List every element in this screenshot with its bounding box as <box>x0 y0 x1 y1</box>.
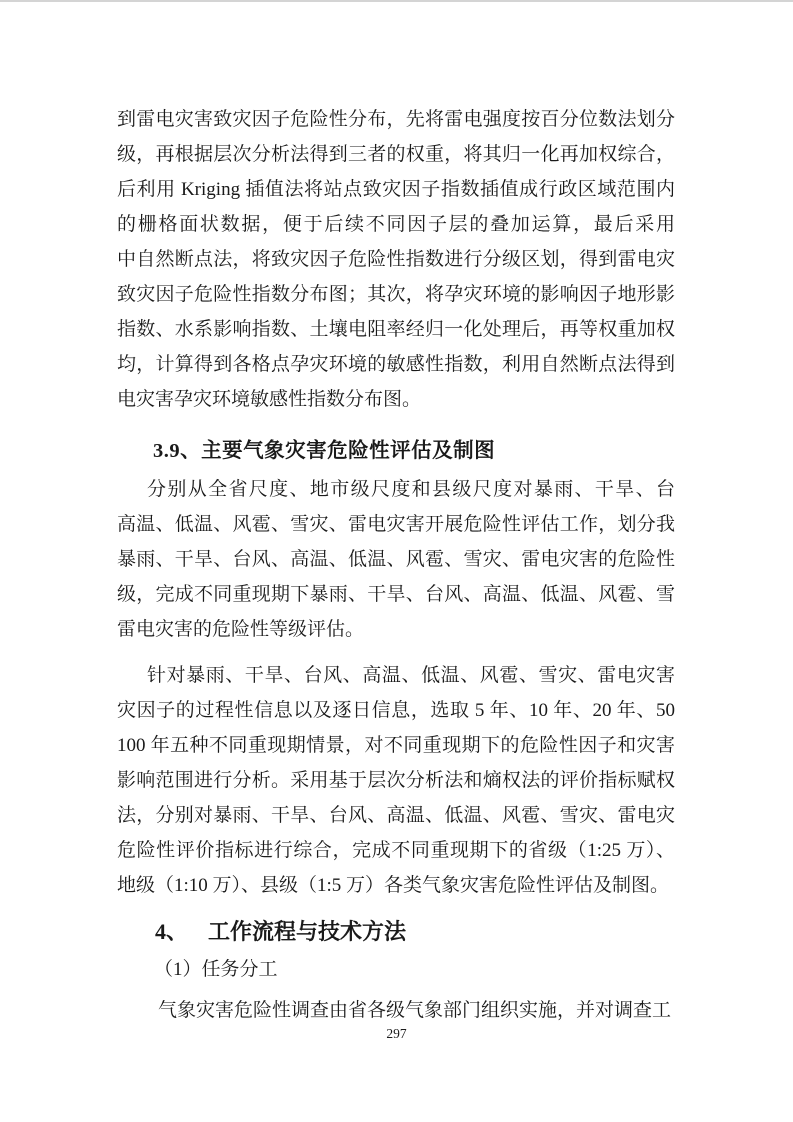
text-line: 中自然断点法，将致灾因子危险性指数进行分级区划，得到雷电灾害 <box>117 242 675 277</box>
section-heading-3-9: 3.9、主要气象灾害危险性评估及制图 <box>117 433 675 469</box>
text-line: 到雷电灾害致灾因子危险性分布，先将雷电强度按百分位数法划分等 <box>117 102 675 137</box>
text-line: 灾因子的过程性信息以及逐日信息，选取 5 年、10 年、20 年、50 年、 <box>117 693 675 728</box>
text-line: 高温、低温、风雹、雪灾、雷电灾害开展危险性评估工作，划分我省 <box>117 507 675 542</box>
chapter-number: 4、 <box>155 919 188 944</box>
paragraph-return-period-analysis: 针对暴雨、干旱、台风、高温、低温、风雹、雪灾、雷电灾害致 灾因子的过程性信息以及… <box>117 658 675 903</box>
text-line: 气象灾害危险性调查由省各级气象部门组织实施，并对调查工作 <box>117 993 675 1028</box>
text-line: 电灾害孕灾环境敏感性指数分布图。 <box>117 382 675 417</box>
text-line: 的栅格面状数据，便于后续不同因子层的叠加运算，最后采用 ArcGIS <box>117 207 675 242</box>
text-line: 暴雨、干旱、台风、高温、低温、风雹、雪灾、雷电灾害的危险性等 <box>117 542 675 577</box>
text-line: 雷电灾害的危险性等级评估。 <box>117 612 675 647</box>
text-line: 后利用 Kriging 插值法将站点致灾因子指数插值成行政区域范围内 <box>117 172 675 207</box>
text-line: 法，分别对暴雨、干旱、台风、高温、低温、风雹、雪灾、雷电灾害 <box>117 798 675 833</box>
page-number: 297 <box>0 1026 793 1042</box>
text-line: 致灾因子危险性指数分布图；其次，将孕灾环境的影响因子地形影响 <box>117 277 675 312</box>
paragraph-task-division-intro: 气象灾害危险性调查由省各级气象部门组织实施，并对调查工作 <box>117 993 675 1028</box>
document-page: 到雷电灾害致灾因子危险性分布，先将雷电强度按百分位数法划分等 级，再根据层次分析… <box>0 0 793 1122</box>
page-content: 到雷电灾害致灾因子危险性分布，先将雷电强度按百分位数法划分等 级，再根据层次分析… <box>117 102 675 1028</box>
text-line: 影响范围进行分析。采用基于层次分析法和熵权法的评价指标赋权方 <box>117 763 675 798</box>
text-line: 100 年五种不同重现期情景，对不同重现期下的危险性因子和灾害的 <box>117 728 675 763</box>
text-line: 均，计算得到各格点孕灾环境的敏感性指数，利用自然断点法得到雷 <box>117 347 675 382</box>
paragraph-lightning-risk-method: 到雷电灾害致灾因子危险性分布，先将雷电强度按百分位数法划分等 级，再根据层次分析… <box>117 102 675 417</box>
paragraph-hazard-assessment-scales: 分别从全省尺度、地市级尺度和县级尺度对暴雨、干旱、台风、 高温、低温、风雹、雪灾… <box>117 472 675 647</box>
subsection-label-task-division: （1）任务分工 <box>117 952 675 987</box>
text-line: 危险性评价指标进行综合，完成不同重现期下的省级（1:25 万）、 <box>117 833 675 868</box>
chapter-heading-4: 4、工作流程与技术方法 <box>117 912 675 952</box>
text-line: 级，再根据层次分析法得到三者的权重，将其归一化再加权综合，之 <box>117 137 675 172</box>
text-line: 分别从全省尺度、地市级尺度和县级尺度对暴雨、干旱、台风、 <box>117 472 675 507</box>
text-line: 地级（1:10 万）、县级（1:5 万）各类气象灾害危险性评估及制图。 <box>117 868 675 903</box>
text-line: 级，完成不同重现期下暴雨、干旱、台风、高温、低温、风雹、雪灾、 <box>117 577 675 612</box>
text-line: 指数、水系影响指数、土壤电阻率经归一化处理后，再等权重加权平 <box>117 312 675 347</box>
text-line: 针对暴雨、干旱、台风、高温、低温、风雹、雪灾、雷电灾害致 <box>117 658 675 693</box>
chapter-title: 工作流程与技术方法 <box>208 919 406 944</box>
